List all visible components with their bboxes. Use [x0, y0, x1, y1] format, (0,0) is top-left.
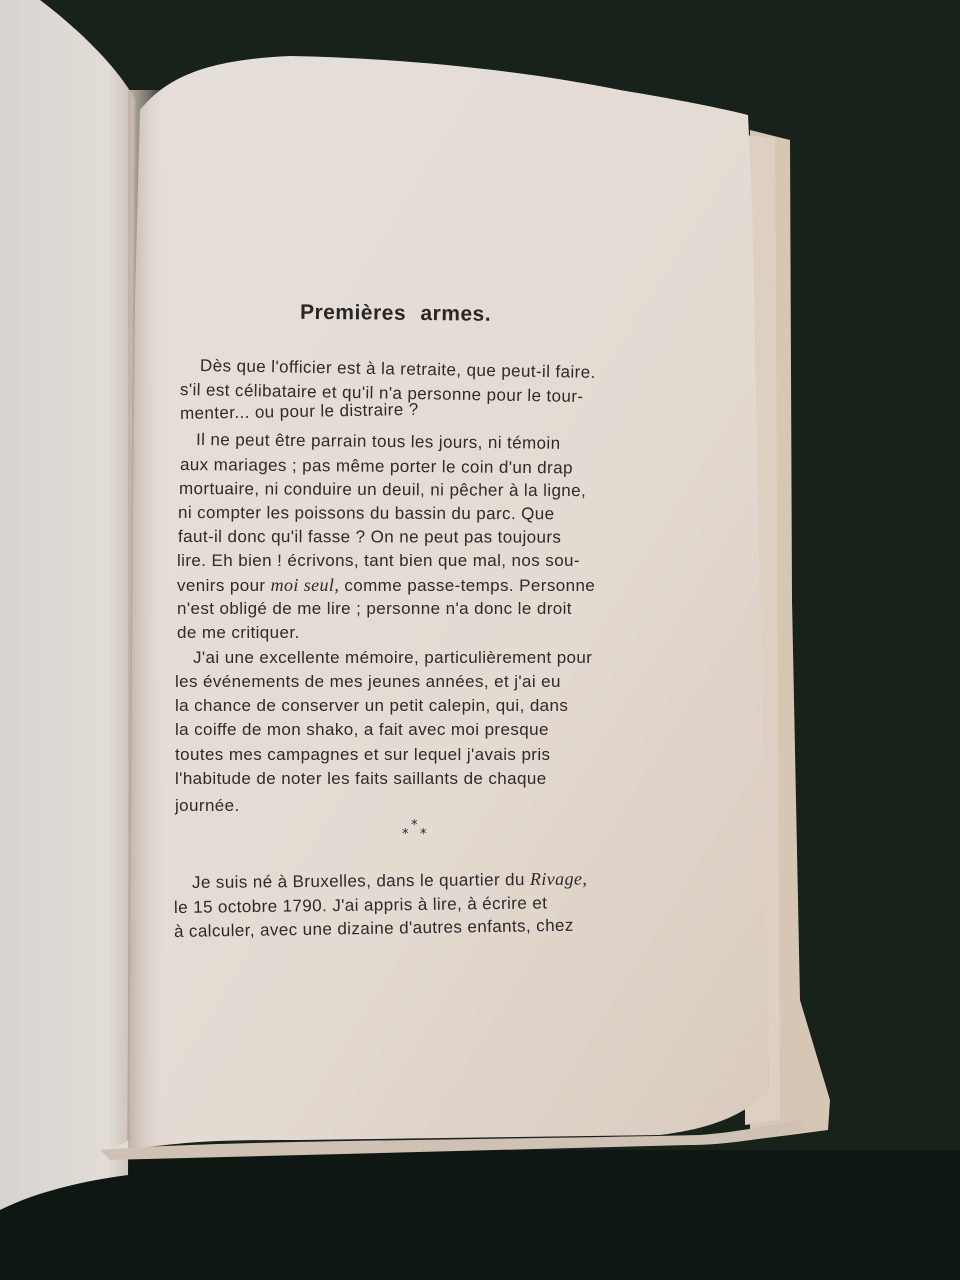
text-line: n'est obligé de me lire ; personne n'a d… [177, 599, 572, 619]
text-line: de me critiquer. [177, 623, 300, 643]
text-line: Je suis né à Bruxelles, dans le quartier… [192, 869, 587, 893]
text-line: à calculer, avec une dizaine d'autres en… [174, 916, 574, 942]
text-line: le 15 octobre 1790. J'ai appris à lire, … [174, 893, 548, 918]
text-line: ni compter les poissons du bassin du par… [178, 503, 555, 524]
section-break-asterism: * * * [402, 818, 432, 842]
chapter-title: Premières armes. [300, 301, 530, 327]
text-span: venirs pour [177, 576, 266, 595]
asterisk: * [402, 827, 409, 842]
text-line: la coiffe de mon shako, a fait avec moi … [175, 720, 549, 740]
text-line: la chance de conserver un petit calepin,… [175, 696, 568, 716]
text-line: mortuaire, ni conduire un deuil, ni pêch… [179, 479, 586, 501]
asterisk: * [420, 827, 427, 842]
text-line: les événements de mes jeunes années, et … [175, 672, 561, 692]
text-line: faut-il donc qu'il fasse ? On ne peut pa… [178, 527, 561, 548]
text-line: J'ai une excellente mémoire, particulièr… [193, 648, 592, 668]
text-line: venirs pour moi seul, comme passe-temps.… [177, 575, 595, 596]
text-line: Il ne peut être parrain tous les jours, … [196, 430, 561, 454]
book-page-right: Premières armes. Dès que l'officier est … [0, 0, 960, 1280]
text-line: lire. Eh bien ! écrivons, tant bien que … [177, 551, 580, 571]
text-line: Dès que l'officier est à la retraite, qu… [200, 356, 596, 383]
text-line: toutes mes campagnes et sur lequel j'ava… [175, 745, 550, 765]
text-line: aux mariages ; pas même porter le coin d… [180, 455, 573, 478]
text-span: Je suis né à Bruxelles, dans le quartier… [192, 870, 525, 892]
text-line: menter... ou pour le distraire ? [180, 400, 419, 424]
italic-text: Rivage, [530, 869, 587, 889]
italic-text: moi seul, [271, 575, 340, 595]
text-line: journée. [175, 796, 240, 816]
text-span: comme passe-temps. Personne [339, 576, 595, 595]
asterisk: * [411, 818, 418, 833]
text-line: l'habitude de noter les faits saillants … [175, 769, 547, 789]
